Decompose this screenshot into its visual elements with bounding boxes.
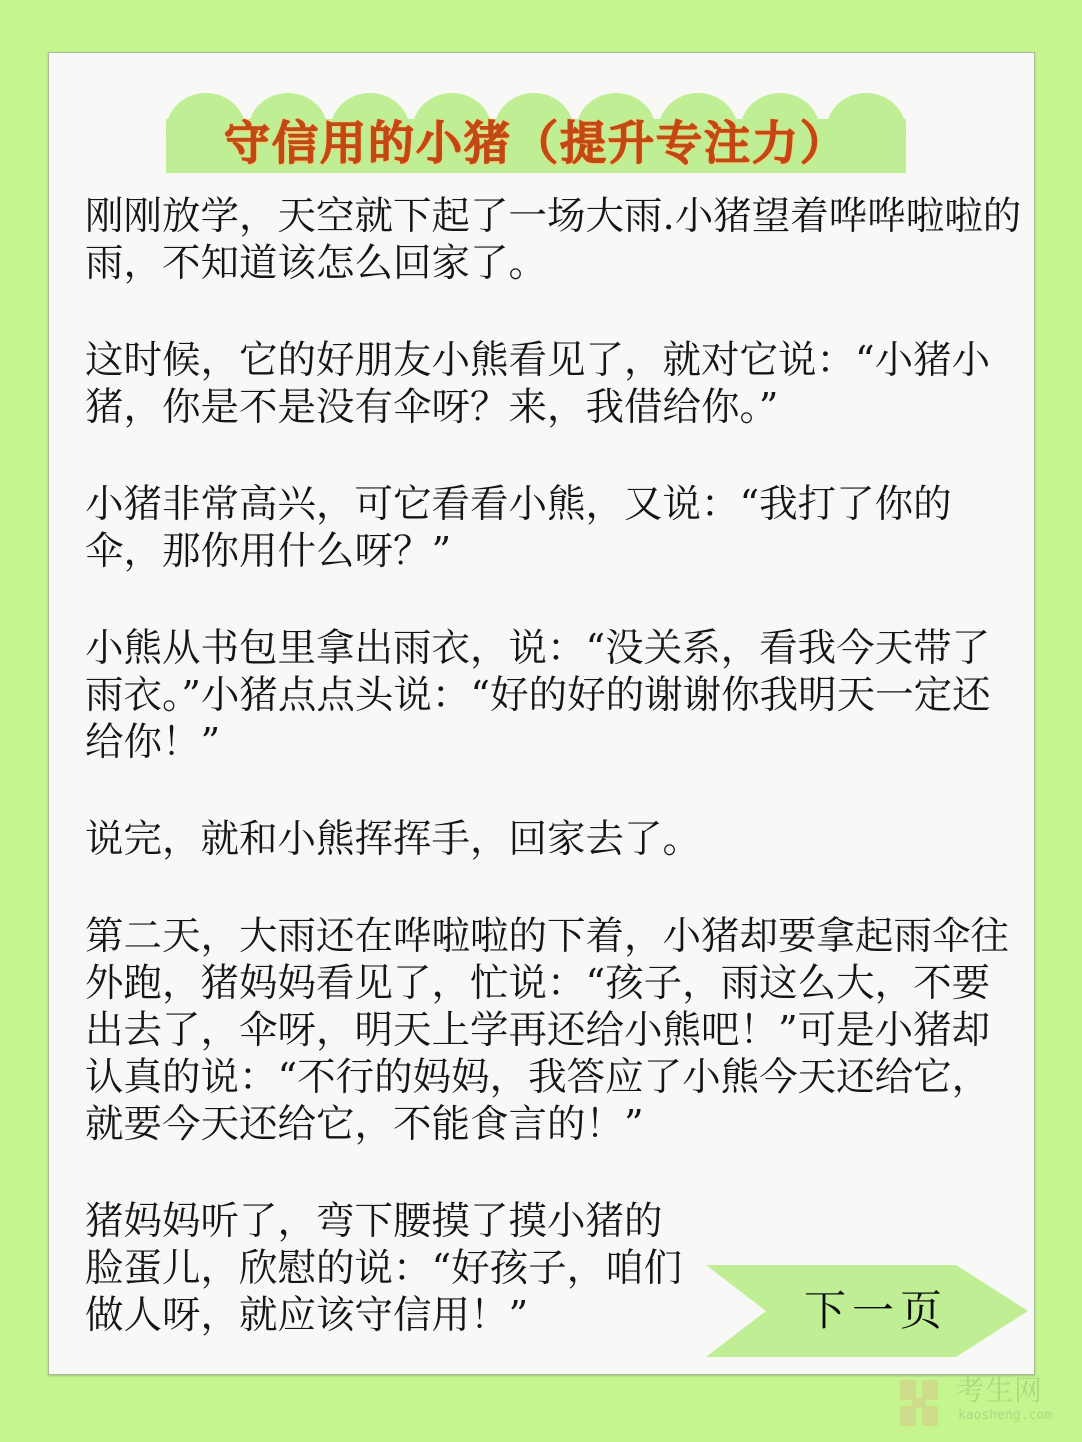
story-paragraph-6: 第二天，大雨还在哗啦啦的下着，小猪却要拿起雨伞往外跑，猪妈妈看见了，忙说：“孩子… xyxy=(85,913,1025,1148)
watermark: 考生网 kaosheng.com xyxy=(898,1378,1068,1430)
story-card: 守信用的小猪（提升专注力） 刚刚放学，天空就下起了一场大雨.小猪望着哗哗啦啦的雨… xyxy=(48,52,1035,1375)
story-paragraph-2: 这时候，它的好朋友小熊看见了，就对它说：“小猪小猪，你是不是没有伞呀？来，我借给… xyxy=(85,337,1025,431)
next-page-label: 下一页 xyxy=(796,1283,956,1339)
story-body: 刚刚放学，天空就下起了一场大雨.小猪望着哗哗啦啦的雨，不知道该怎么回家了。 这时… xyxy=(85,193,1025,1389)
story-paragraph-1: 刚刚放学，天空就下起了一场大雨.小猪望着哗哗啦啦的雨，不知道该怎么回家了。 xyxy=(85,193,1025,287)
story-paragraph-7: 猪妈妈听了，弯下腰摸了摸小猪的脸蛋儿，欣慰的说：“好孩子，咱们做人呀，就应该守信… xyxy=(85,1198,695,1339)
title-banner: 守信用的小猪（提升专注力） xyxy=(166,93,906,173)
story-paragraph-4: 小熊从书包里拿出雨衣，说：“没关系，看我今天带了雨衣。”小猪点点头说：“好的好的… xyxy=(85,625,1025,766)
watermark-chinese: 考生网 xyxy=(956,1374,1043,1408)
watermark-domain: kaosheng.com xyxy=(958,1408,1052,1424)
next-page-button[interactable]: 下一页 xyxy=(706,1263,1030,1359)
kaosheng-logo-icon xyxy=(900,1380,948,1426)
page-title: 守信用的小猪（提升专注力） xyxy=(166,115,906,171)
story-paragraph-3: 小猪非常高兴，可它看看小熊，又说：“我打了你的伞，那你用什么呀？” xyxy=(85,481,1025,575)
story-paragraph-5: 说完，就和小熊挥挥手，回家去了。 xyxy=(85,816,1025,863)
